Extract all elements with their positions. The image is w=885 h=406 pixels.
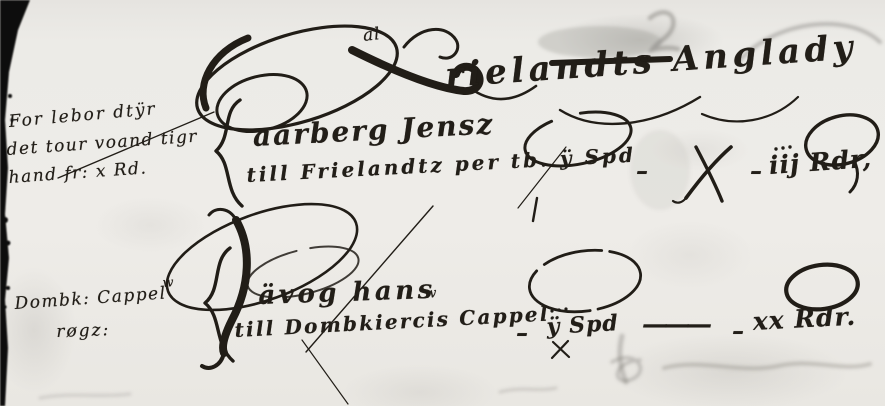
ink-speck (6, 241, 11, 246)
binding-edge (0, 0, 30, 406)
manuscript-page: al rielandts Anglady For lebor dtÿr det … (0, 0, 885, 406)
binding-edge-layer (0, 0, 885, 406)
ink-speck (3, 305, 6, 308)
ink-speck (2, 217, 8, 223)
ink-speck (8, 94, 12, 98)
ink-speck (10, 118, 13, 121)
ink-speck (1, 261, 5, 265)
binding-shadow (0, 0, 30, 406)
ink-speck (6, 286, 10, 290)
